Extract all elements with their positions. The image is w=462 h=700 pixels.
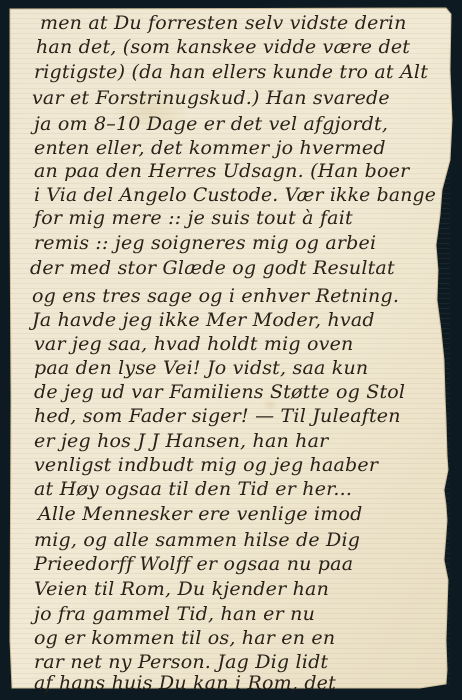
text-line: enten eller, det kommer jo hvermed: [34, 137, 386, 159]
text-line-struck: paa den lyse Vei! Jo vidst, saa kun: [34, 357, 368, 379]
text-line: Ja havde jeg ikke Mer Moder, hvad: [32, 309, 375, 331]
text-line: de jeg ud var Familiens Støtte og Stol: [34, 381, 405, 403]
letter-scan: men at Du forresten selv vidste derin ha…: [0, 0, 462, 700]
text-line: ja om 8–10 Dage er det vel afgjordt,: [34, 113, 388, 135]
text-line: var jeg saa, hvad holdt mig oven: [34, 333, 353, 355]
text-line: er jeg hos J J Hansen, han har: [34, 430, 328, 452]
text-line: Alle Mennesker ere venlige imod: [38, 503, 363, 525]
text-line: men at Du forresten selv vidste derin: [40, 12, 407, 34]
text-line: rar net ny Person. Jag Dig lidt: [34, 651, 328, 673]
text-line: var et Forstrinugskud.) Han svarede: [32, 87, 390, 109]
text-line: og er kommen til os, har en en: [34, 627, 335, 649]
text-line: Veien til Rom, Du kjender han: [34, 578, 329, 600]
text-line: og ens tres sage og i enhver Retning.: [32, 285, 399, 307]
text-line: jo fra gammel Tid, han er nu: [34, 603, 315, 625]
text-line: for mig mere :: je suis tout à fait: [34, 207, 353, 229]
text-line: han det, (som kanskee vidde være det: [36, 36, 410, 58]
text-line: remis :: jeg soigneres mig og arbei: [34, 232, 376, 254]
text-line: mig, og alle sammen hilse de Dig: [34, 529, 360, 551]
text-line: at Høy ogsaa til den Tid er her...: [34, 478, 352, 500]
handwritten-text: men at Du forresten selv vidste derin ha…: [0, 0, 462, 700]
text-line: venligst indbudt mig og jeg haaber: [34, 454, 378, 476]
text-line: Prieedorff Wolff er ogsaa nu paa: [34, 553, 353, 575]
text-line: der med stor Glæde og godt Resultat: [30, 257, 395, 279]
text-line: rigtigste) (da han ellers kunde tro at A…: [34, 61, 428, 83]
text-line: af hans huis Du kan i Rom, det: [34, 672, 336, 694]
text-line: i Via del Angelo Custode. Vær ikke bange: [34, 184, 436, 206]
text-line: an paa den Herres Udsagn. (Han boer: [34, 160, 409, 182]
text-line: hed, som Fader siger! — Til Juleaften: [34, 405, 401, 427]
